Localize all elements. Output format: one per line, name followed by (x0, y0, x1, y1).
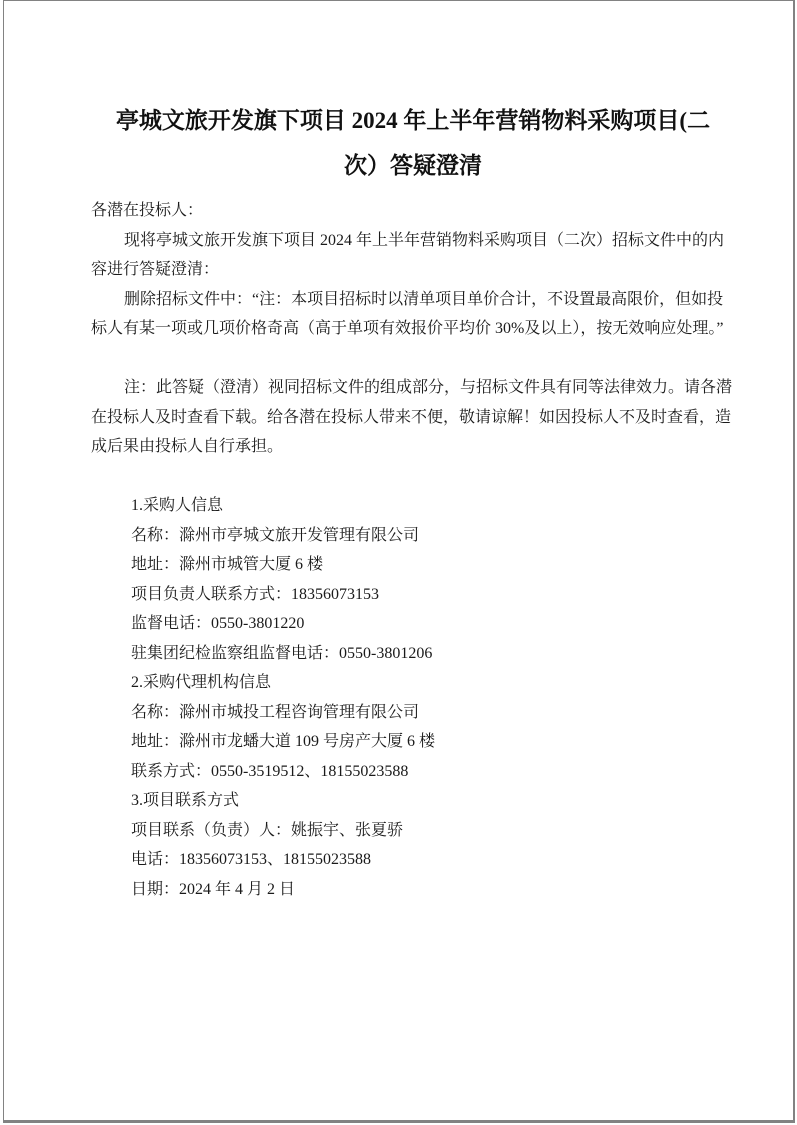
agency-address-line: 地址：滁州市龙蟠大道 109 号房产大厦 6 楼 (91, 727, 735, 757)
salutation: 各潜在投标人： (91, 196, 735, 226)
purchaser-name-line: 名称：滁州市亭城文旅开发管理有限公司 (91, 521, 735, 551)
project-contact-section: 3.项目联系方式 项目联系（负责）人：姚振宇、张夏骄 电话：1835607315… (91, 786, 735, 904)
agency-name-line: 名称：滁州市城投工程咨询管理有限公司 (91, 698, 735, 728)
info-sections: 1.采购人信息 名称：滁州市亭城文旅开发管理有限公司 地址：滁州市城管大厦 6 … (91, 491, 735, 904)
document-body: 各潜在投标人： 现将亭城文旅开发旗下项目 2024 年上半年营销物料采购项目（二… (91, 196, 735, 904)
procurement-agency-section: 2.采购代理机构信息 名称：滁州市城投工程咨询管理有限公司 地址：滁州市龙蟠大道… (91, 668, 735, 786)
document-title: 亭城文旅开发旗下项目 2024 年上半年营销物料采购项目(二 次）答疑澄清 (91, 98, 735, 188)
section-heading: 3.项目联系方式 (91, 786, 735, 816)
document-page: 亭城文旅开发旗下项目 2024 年上半年营销物料采购项目(二 次）答疑澄清 各潜… (3, 0, 795, 1123)
note-paragraph: 注：此答疑（澄清）视同招标文件的组成部分，与招标文件具有同等法律效力。请各潜在投… (91, 373, 735, 462)
document-title-line1: 亭城文旅开发旗下项目 2024 年上半年营销物料采购项目(二 (91, 98, 735, 143)
project-manager-contact-line: 项目负责人联系方式：18356073153 (91, 580, 735, 610)
document-title-line2: 次）答疑澄清 (91, 143, 735, 188)
purchaser-address-line: 地址：滁州市城管大厦 6 楼 (91, 550, 735, 580)
section-heading: 2.采购代理机构信息 (91, 668, 735, 698)
contact-phone-line: 电话：18356073153、18155023588 (91, 845, 735, 875)
discipline-inspection-phone-line: 驻集团纪检监察组监督电话：0550-3801206 (91, 639, 735, 669)
clarification-paragraph: 删除招标文件中：“注：本项目招标时以清单项目单价合计，不设置最高限价，但如投标人… (91, 285, 735, 344)
intro-paragraph: 现将亭城文旅开发旗下项目 2024 年上半年营销物料采购项目（二次）招标文件中的… (91, 226, 735, 285)
purchaser-info-section: 1.采购人信息 名称：滁州市亭城文旅开发管理有限公司 地址：滁州市城管大厦 6 … (91, 491, 735, 668)
section-heading: 1.采购人信息 (91, 491, 735, 521)
agency-contact-line: 联系方式：0550-3519512、18155023588 (91, 757, 735, 787)
supervision-phone-line: 监督电话：0550-3801220 (91, 609, 735, 639)
contact-person-line: 项目联系（负责）人：姚振宇、张夏骄 (91, 816, 735, 846)
date-line: 日期：2024 年 4 月 2 日 (91, 875, 735, 905)
